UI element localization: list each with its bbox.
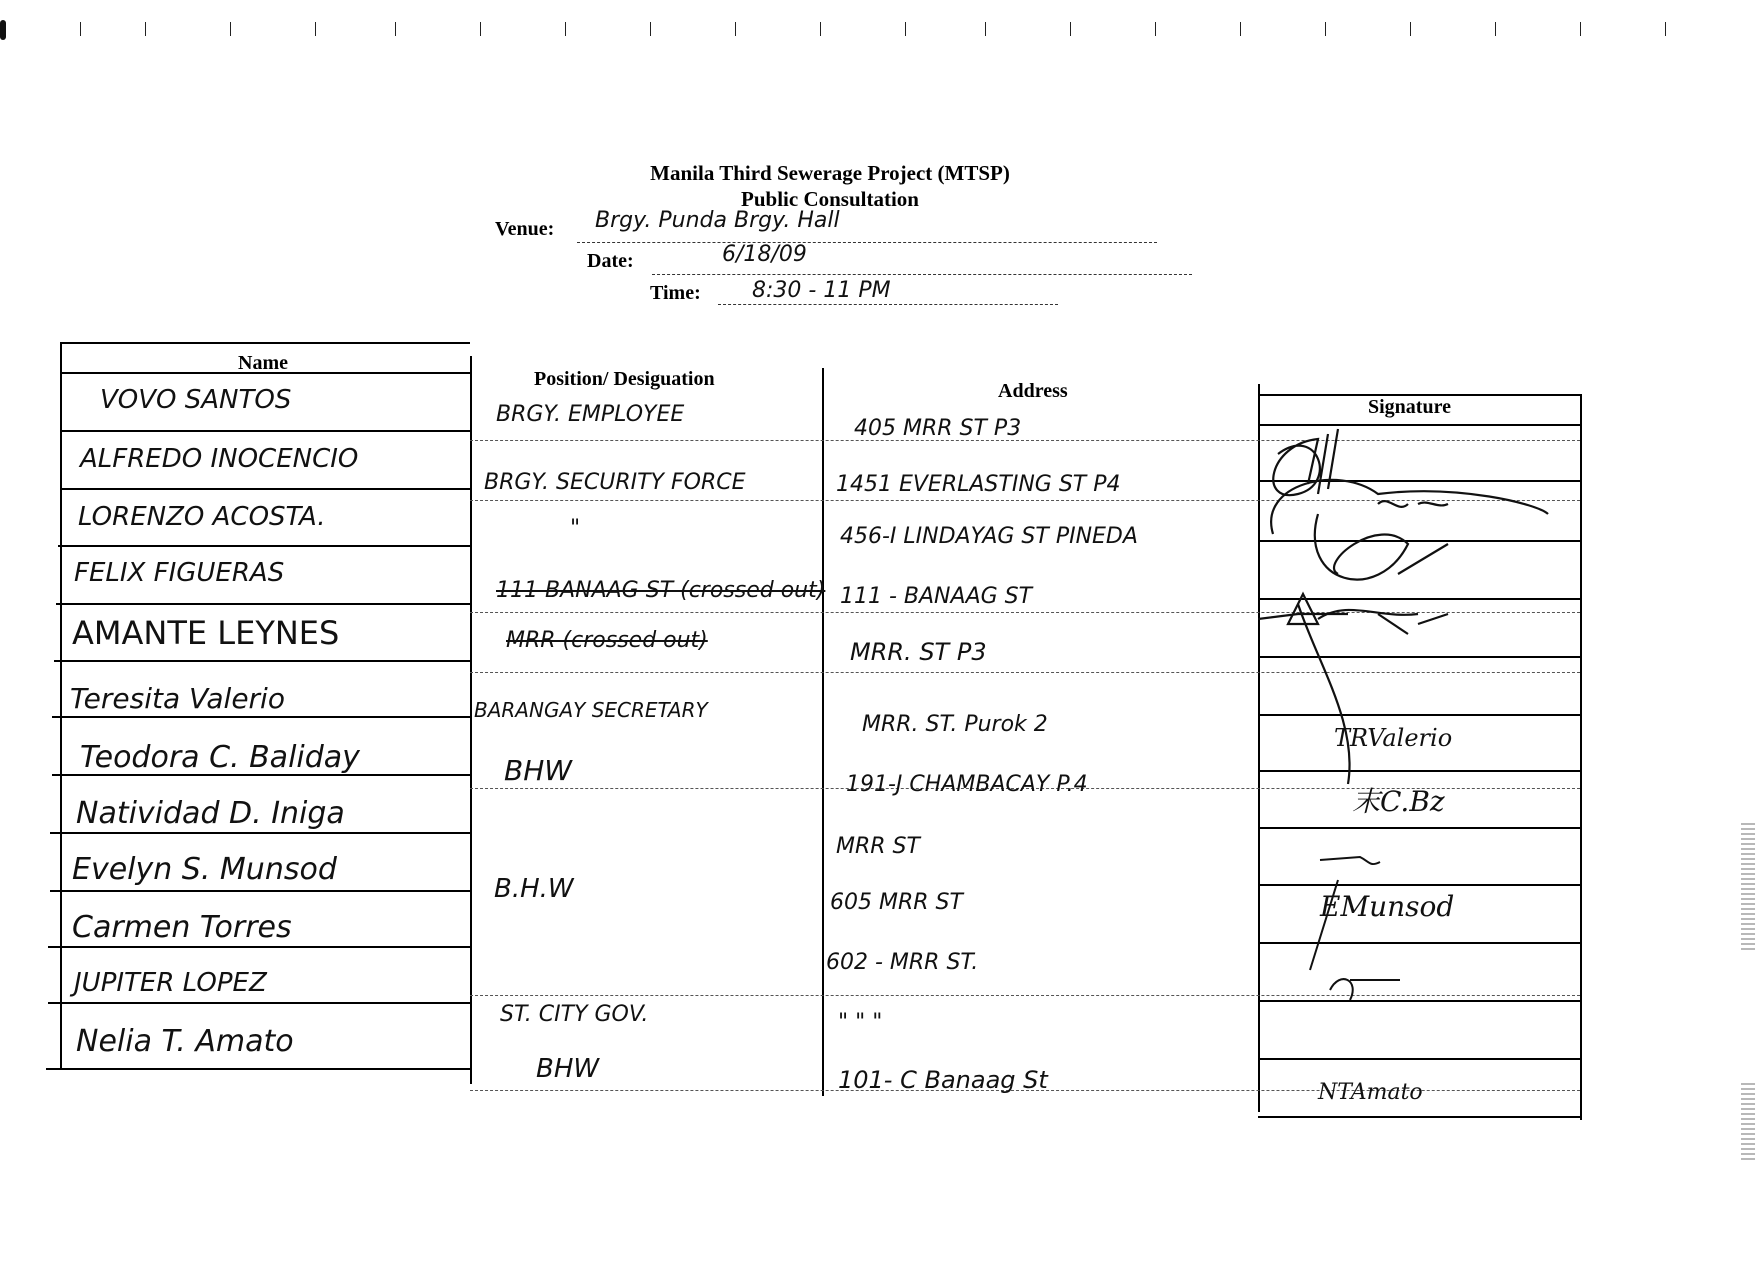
attendee-position: BRGY. EMPLOYEE <box>496 402 684 427</box>
attendee-name: Nelia T. Amato <box>76 1024 294 1059</box>
attendee-name: Teodora C. Baliday <box>80 740 360 775</box>
attendee-address: 111 - BANAAG ST <box>840 584 1032 609</box>
attendee-name: Evelyn S. Munsod <box>72 852 337 887</box>
attendee-address: 1451 EVERLASTING ST P4 <box>836 474 1216 496</box>
column-header-position: Position/ Desiguation <box>534 368 715 391</box>
attendee-address: 101- C Banaag St <box>838 1066 1048 1094</box>
attendee-address: 191-J CHAMBACAY P.4 <box>846 772 1088 797</box>
attendee-position: BRGY. SECURITY FORCE <box>484 470 746 495</box>
date-underline <box>652 274 1192 275</box>
attendee-position: BHW <box>504 754 572 787</box>
venue-value: Brgy. Punda Brgy. Hall <box>595 208 840 233</box>
attendee-address: MRR. ST. Purok 2 <box>862 712 1048 737</box>
venue-label: Venue: <box>495 218 554 240</box>
attendee-position: BHW <box>536 1054 599 1084</box>
column-header-address: Address <box>998 380 1068 403</box>
time-value: 8:30 - 11 PM <box>752 278 891 303</box>
column-header-signature: Signature <box>1368 396 1451 419</box>
signature-strokes <box>1300 850 1440 1000</box>
attendee-address: 605 MRR ST <box>830 890 963 915</box>
attendee-address: MRR ST <box>836 834 920 859</box>
document-title: Manila Third Sewerage Project (MTSP) <box>480 160 1180 186</box>
date-field: Date: 6/18/09 <box>587 250 634 273</box>
attendee-position: B.H.W <box>494 874 574 904</box>
attendee-address: 602 - MRR ST. <box>826 950 978 975</box>
attendee-address: MRR. ST P3 <box>850 638 987 666</box>
date-label: Date: <box>587 250 634 272</box>
signature: TRValerio <box>1334 724 1452 752</box>
scan-edge-noise <box>1741 820 1755 950</box>
signature-scribbles <box>1258 424 1598 1124</box>
attendee-name: Natividad D. Iniga <box>76 796 345 831</box>
attendee-position: BARANGAY SECRETARY <box>474 698 708 722</box>
scan-tick-marks <box>0 22 1755 42</box>
attendee-name: Teresita Valerio <box>70 682 285 715</box>
column-divider <box>822 368 824 1096</box>
attendee-address: 405 MRR ST P3 <box>854 416 1021 441</box>
attendee-position-crossed: 111 BANAAG ST (crossed out) <box>496 578 825 603</box>
signature: 末C.Bz <box>1352 780 1445 820</box>
attendee-address: " " " <box>838 1010 882 1035</box>
scan-corner-mark <box>0 20 6 40</box>
date-value: 6/18/09 <box>722 242 807 267</box>
attendee-position-crossed: MRR (crossed out) <box>506 628 708 653</box>
attendee-name: FELIX FIGUERAS <box>74 558 284 588</box>
document-header: Manila Third Sewerage Project (MTSP) Pub… <box>480 160 1180 212</box>
scan-edge-noise <box>1741 1080 1755 1160</box>
attendee-address: 456-I LINDAYAG ST PINEDA <box>840 526 1160 548</box>
attendee-position: " <box>570 516 580 541</box>
signature: NTAmato <box>1318 1080 1423 1105</box>
attendee-name: Carmen Torres <box>72 910 292 945</box>
time-field: Time: 8:30 - 11 PM <box>650 282 701 305</box>
time-label: Time: <box>650 282 701 304</box>
column-header-name: Name <box>238 352 288 375</box>
time-underline <box>718 304 1058 305</box>
table-border-left <box>60 342 62 1070</box>
attendee-name: VOVO SANTOS <box>100 385 291 415</box>
attendee-position: ST. CITY GOV. <box>500 1002 648 1027</box>
attendee-name: ALFREDO INOCENCIO <box>80 444 358 474</box>
attendee-name: JUPITER LOPEZ <box>74 968 267 998</box>
venue-field: Venue: Brgy. Punda Brgy. Hall <box>495 218 554 241</box>
venue-underline <box>577 242 1157 243</box>
attendee-name: LORENZO ACOSTA. <box>78 502 326 532</box>
attendee-name: AMANTE LEYNES <box>72 614 339 652</box>
column-divider <box>470 356 472 1084</box>
